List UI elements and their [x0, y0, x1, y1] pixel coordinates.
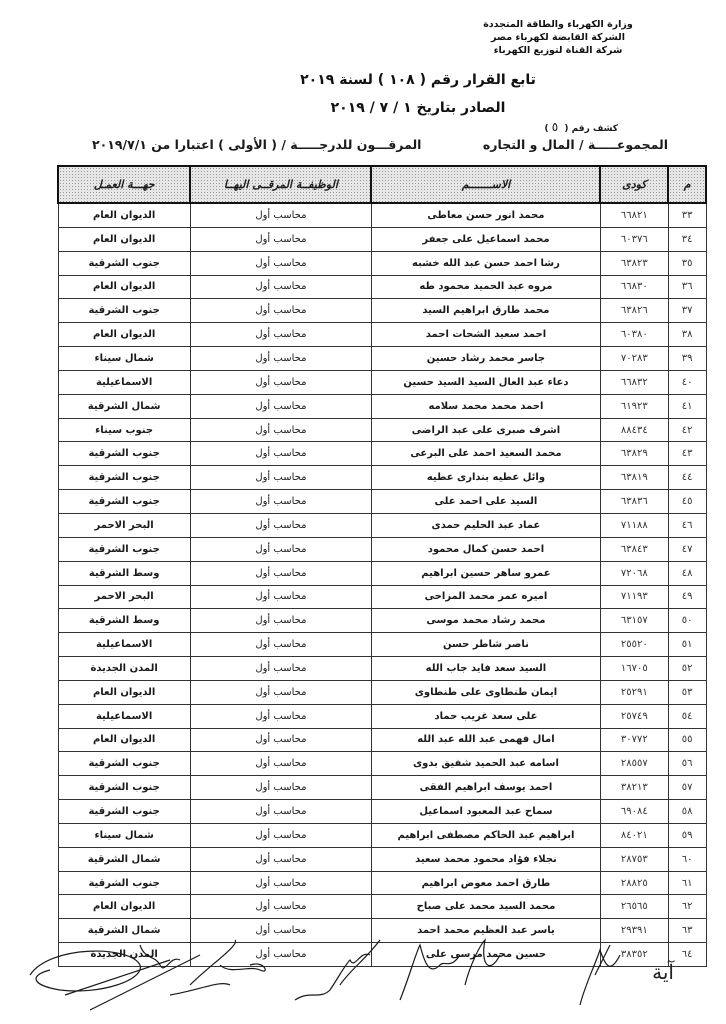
employee-code: ٨٤٠٢١ — [600, 823, 668, 847]
promoted-job: محاسب أول — [190, 275, 371, 299]
table-row: ٥٩٨٤٠٢١ابراهيم عبد الحاكم مصطفى ابراهيمم… — [58, 823, 706, 847]
employee-code: ٦٦٨٢١ — [600, 203, 668, 227]
table-row: ٣٧٦٣٨٢٦محمد طارق ابراهيم السيدمحاسب أولج… — [58, 299, 706, 323]
employee-name: احمد سعيد الشحات احمد — [371, 323, 600, 347]
promoted-job: محاسب أول — [190, 251, 371, 275]
table-row: ٦٠٢٨٧٥٣نجلاء فؤاد محمود محمد سعيدمحاسب أ… — [58, 847, 706, 871]
signature-2 — [170, 940, 265, 995]
work-department: الديوان العام — [58, 323, 190, 347]
table-row: ٥٦٢٨٥٥٧اسامه عبد الحميد شفيق بدوىمحاسب أ… — [58, 752, 706, 776]
promoted-job: محاسب أول — [190, 847, 371, 871]
promoted-job: محاسب أول — [190, 394, 371, 418]
employee-name: اشرف صبرى على عبد الراضى — [371, 418, 600, 442]
employee-name: احمد يوسف ابراهيم الفقى — [371, 776, 600, 800]
promoted-job: محاسب أول — [190, 418, 371, 442]
table-row: ٥٣٢٥٢٩١ايمان طنطاوى على طنطاوىمحاسب أولا… — [58, 680, 706, 704]
col-header-index: م — [668, 166, 706, 203]
employee-name: محمد السيد محمد على صباح — [371, 895, 600, 919]
work-department: جنوب الشرقية — [58, 800, 190, 824]
employee-code: ٦٣٨٢٩ — [600, 442, 668, 466]
work-department: الديوان العام — [58, 728, 190, 752]
organization-header: وزارة الكهرباء والطاقة المتجددة الشركة ا… — [448, 18, 668, 57]
employee-code: ٢٨٨٢٥ — [600, 871, 668, 895]
employee-code: ١٦٧٠٥ — [600, 657, 668, 681]
table-body: ٣٣٦٦٨٢١محمد انور حسن معاطىمحاسب أولالديو… — [58, 203, 706, 967]
employee-name: ابراهيم عبد الحاكم مصطفى ابراهيم — [371, 823, 600, 847]
table-row: ٤٤٦٣٨١٩وائل عطيه بندارى عطيهمحاسب أولجنو… — [58, 466, 706, 490]
work-department: الاسماعيلية — [58, 633, 190, 657]
work-department: جنوب الشرقية — [58, 871, 190, 895]
employee-name: ايمان طنطاوى على طنطاوى — [371, 680, 600, 704]
employee-code: ٦٣٨٣٦ — [600, 490, 668, 514]
promoted-job: محاسب أول — [190, 871, 371, 895]
sheet-number-value: ٥ — [552, 120, 558, 134]
promoted-job: محاسب أول — [190, 347, 371, 371]
table-row: ٣٣٦٦٨٢١محمد انور حسن معاطىمحاسب أولالديو… — [58, 203, 706, 227]
work-department: جنوب سيناء — [58, 418, 190, 442]
sheet-number: كشف رقم ( ٥ ) — [545, 120, 618, 134]
issued-date: الصادر بتاريخ ١ / ٧ / ٢٠١٩ — [0, 100, 726, 116]
employee-name: امال فهمى عبد الله عبد الله — [371, 728, 600, 752]
employee-name: عماد عبد الحليم حمدى — [371, 513, 600, 537]
employee-name: محمد السعيد احمد على البرعى — [371, 442, 600, 466]
org-line-ministry: وزارة الكهرباء والطاقة المتجددة — [448, 18, 668, 31]
employee-name: نجلاء فؤاد محمود محمد سعيد — [371, 847, 600, 871]
employee-code: ٣٠٧٧٢ — [600, 728, 668, 752]
table-row: ٥٤٢٥٧٤٩على سعد غريب حمادمحاسب أولالاسماع… — [58, 704, 706, 728]
employee-code: ٦٣٨٤٣ — [600, 537, 668, 561]
row-index: ٣٥ — [668, 251, 706, 275]
work-department: جنوب الشرقية — [58, 299, 190, 323]
employee-code: ٣٨٢١٣ — [600, 776, 668, 800]
promoted-job: محاسب أول — [190, 323, 371, 347]
employee-code: ٦٣١٥٧ — [600, 609, 668, 633]
promoted-job: محاسب أول — [190, 466, 371, 490]
row-index: ٣٩ — [668, 347, 706, 371]
table-row: ٤٨٧٢٠٦٨عمرو ساهر حسين ابراهيممحاسب أولوس… — [58, 561, 706, 585]
promoted-job: محاسب أول — [190, 895, 371, 919]
table-row: ٣٦٦٦٨٣٠مروه عبد الحميد محمود طهمحاسب أول… — [58, 275, 706, 299]
employee-code: ٨٨٤٣٤ — [600, 418, 668, 442]
promotion-label: المرقـــون للدرجـــــة / ( الأولى ) اعتب… — [92, 137, 421, 152]
row-index: ٥٩ — [668, 823, 706, 847]
row-index: ٤٥ — [668, 490, 706, 514]
work-department: البحر الاحمر — [58, 585, 190, 609]
work-department: شمال سيناء — [58, 823, 190, 847]
employee-code: ٧١١٩٣ — [600, 585, 668, 609]
row-index: ٥١ — [668, 633, 706, 657]
promoted-job: محاسب أول — [190, 585, 371, 609]
row-index: ٥٥ — [668, 728, 706, 752]
work-department: الاسماعيلية — [58, 704, 190, 728]
col-header-department: جهـــة العمـل — [58, 166, 190, 203]
employee-name: احمد حسن كمال محمود — [371, 537, 600, 561]
promoted-job: محاسب أول — [190, 728, 371, 752]
row-index: ٦٠ — [668, 847, 706, 871]
employee-name: طارق احمد معوض ابراهيم — [371, 871, 600, 895]
table-row: ٣٩٧٠٢٨٣جاسر محمد رشاد حسينمحاسب أولشمال … — [58, 347, 706, 371]
employee-name: اميره عمر محمد المزاحى — [371, 585, 600, 609]
org-line-holding: الشركة القابضة لكهرباء مصر — [448, 31, 668, 44]
employee-code: ٢٨٥٥٧ — [600, 752, 668, 776]
row-index: ٥٧ — [668, 776, 706, 800]
row-index: ٥٨ — [668, 800, 706, 824]
promoted-job: محاسب أول — [190, 537, 371, 561]
employee-code: ٧٠٢٨٣ — [600, 347, 668, 371]
table-row: ٤٣٦٣٨٢٩محمد السعيد احمد على البرعىمحاسب … — [58, 442, 706, 466]
table-row: ٤٠٦٦٨٣٢دعاء عبد العال السيد السيد حسينمح… — [58, 370, 706, 394]
employee-code: ٦١٩٢٣ — [600, 394, 668, 418]
work-department: الديوان العام — [58, 227, 190, 251]
work-department: جنوب الشرقية — [58, 752, 190, 776]
work-department: وسط الشرقية — [58, 609, 190, 633]
employee-code: ٦٠٣٨٠ — [600, 323, 668, 347]
table-row: ٦٢٢٦٥٦٥محمد السيد محمد على صباحمحاسب أول… — [58, 895, 706, 919]
promoted-job: محاسب أول — [190, 561, 371, 585]
employee-name: السيد على احمد على — [371, 490, 600, 514]
employee-name: محمد اسماعيل على جعفر — [371, 227, 600, 251]
employee-code: ٢٥٥٢٠ — [600, 633, 668, 657]
promoted-job: محاسب أول — [190, 776, 371, 800]
work-department: وسط الشرقية — [58, 561, 190, 585]
table-row: ٣٨٦٠٣٨٠احمد سعيد الشحات احمدمحاسب أولالد… — [58, 323, 706, 347]
col-header-name: الاســـــــم — [371, 166, 600, 203]
work-department: المدن الجديدة — [58, 657, 190, 681]
table-row: ٤٦٧١١٨٨عماد عبد الحليم حمدىمحاسب أولالبح… — [58, 513, 706, 537]
decision-title: تابع القرار رقم ( ١٠٨ ) لسنة ٢٠١٩ — [0, 72, 726, 88]
employee-code: ٢٥٢٩١ — [600, 680, 668, 704]
promoted-job: محاسب أول — [190, 513, 371, 537]
row-index: ٣٤ — [668, 227, 706, 251]
employee-name: ناصر شاطر حسن — [371, 633, 600, 657]
row-index: ٥٦ — [668, 752, 706, 776]
row-index: ٥٣ — [668, 680, 706, 704]
work-department: البحر الاحمر — [58, 513, 190, 537]
signature-5 — [580, 945, 620, 1005]
table-row: ٤٧٦٣٨٤٣احمد حسن كمال محمودمحاسب أولجنوب … — [58, 537, 706, 561]
employee-code: ٦٦٨٣٢ — [600, 370, 668, 394]
employee-code: ٦٦٨٣٠ — [600, 275, 668, 299]
employee-code: ٢٦٥٦٥ — [600, 895, 668, 919]
signature-1 — [30, 945, 200, 1010]
work-department: جنوب الشرقية — [58, 442, 190, 466]
sheet-label: كشف رقم ( — [564, 124, 618, 134]
work-department: شمال الشرقية — [58, 394, 190, 418]
promoted-job: محاسب أول — [190, 800, 371, 824]
table-row: ٤٥٦٣٨٣٦السيد على احمد علىمحاسب أولجنوب ا… — [58, 490, 706, 514]
work-department: شمال سيناء — [58, 347, 190, 371]
employee-name: احمد محمد محمد سلامه — [371, 394, 600, 418]
table-row: ٣٥٦٣٨٢٣رشا احمد حسن عبد الله خشبهمحاسب أ… — [58, 251, 706, 275]
table-row: ٣٤٦٠٣٧٦محمد اسماعيل على جعفرمحاسب أولالد… — [58, 227, 706, 251]
row-index: ٦٢ — [668, 895, 706, 919]
table-row: ٥١٢٥٥٢٠ناصر شاطر حسنمحاسب أولالاسماعيلية — [58, 633, 706, 657]
row-index: ٦١ — [668, 871, 706, 895]
signature-3 — [295, 940, 380, 1000]
row-index: ٤٠ — [668, 370, 706, 394]
row-index: ٤٨ — [668, 561, 706, 585]
promoted-job: محاسب أول — [190, 227, 371, 251]
promoted-job: محاسب أول — [190, 609, 371, 633]
table-row: ٥٧٣٨٢١٣احمد يوسف ابراهيم الفقىمحاسب أولج… — [58, 776, 706, 800]
work-department: جنوب الشرقية — [58, 251, 190, 275]
employee-code: ٦٣٨١٩ — [600, 466, 668, 490]
signature-text: آية — [652, 960, 674, 984]
work-department: جنوب الشرقية — [58, 537, 190, 561]
org-line-company: شركة القناة لتوزيع الكهرباء — [448, 44, 668, 57]
promoted-job: محاسب أول — [190, 657, 371, 681]
row-index: ٣٧ — [668, 299, 706, 323]
table-row: ٦١٢٨٨٢٥طارق احمد معوض ابراهيممحاسب أولجن… — [58, 871, 706, 895]
employee-code: ٦٣٨٢٣ — [600, 251, 668, 275]
promoted-job: محاسب أول — [190, 680, 371, 704]
promoted-job: محاسب أول — [190, 633, 371, 657]
employee-code: ٦٩٠٨٤ — [600, 800, 668, 824]
promoted-job: محاسب أول — [190, 490, 371, 514]
row-index: ٥٤ — [668, 704, 706, 728]
promoted-job: محاسب أول — [190, 752, 371, 776]
employee-name: اسامه عبد الحميد شفيق بدوى — [371, 752, 600, 776]
work-department: الديوان العام — [58, 895, 190, 919]
signature-4 — [400, 940, 500, 1000]
employee-code: ٧١١٨٨ — [600, 513, 668, 537]
work-department: الديوان العام — [58, 680, 190, 704]
row-index: ٤٤ — [668, 466, 706, 490]
employee-code: ٦٠٣٧٦ — [600, 227, 668, 251]
employee-name: مروه عبد الحميد محمود طه — [371, 275, 600, 299]
row-index: ٤٣ — [668, 442, 706, 466]
employee-name: رشا احمد حسن عبد الله خشبه — [371, 251, 600, 275]
work-department: الديوان العام — [58, 275, 190, 299]
employee-code: ٧٢٠٦٨ — [600, 561, 668, 585]
employee-name: دعاء عبد العال السيد السيد حسين — [371, 370, 600, 394]
col-header-job: الوظيفــة المرقــى اليهــا — [190, 166, 371, 203]
employee-code: ٦٣٨٢٦ — [600, 299, 668, 323]
row-index: ٥٢ — [668, 657, 706, 681]
table-row: ٥٠٦٣١٥٧محمد رشاد محمد موسىمحاسب أولوسط ا… — [58, 609, 706, 633]
row-index: ٥٠ — [668, 609, 706, 633]
employee-name: على سعد غريب حماد — [371, 704, 600, 728]
row-index: ٤١ — [668, 394, 706, 418]
row-index: ٤٦ — [668, 513, 706, 537]
promoted-job: محاسب أول — [190, 442, 371, 466]
row-index: ٤٧ — [668, 537, 706, 561]
row-index: ٣٨ — [668, 323, 706, 347]
employee-code: ٢٨٧٥٣ — [600, 847, 668, 871]
promoted-job: محاسب أول — [190, 299, 371, 323]
table-row: ٤١٦١٩٢٣احمد محمد محمد سلامهمحاسب أولشمال… — [58, 394, 706, 418]
employee-name: السيد سعد فايد جاب الله — [371, 657, 600, 681]
table-row: ٥٢١٦٧٠٥السيد سعد فايد جاب اللهمحاسب أولا… — [58, 657, 706, 681]
table-row: ٥٨٦٩٠٨٤سماح عبد المعبود اسماعيلمحاسب أول… — [58, 800, 706, 824]
employee-name: محمد رشاد محمد موسى — [371, 609, 600, 633]
row-index: ٤٩ — [668, 585, 706, 609]
col-header-code: كودى — [600, 166, 668, 203]
employee-name: عمرو ساهر حسين ابراهيم — [371, 561, 600, 585]
employee-name: محمد انور حسن معاطى — [371, 203, 600, 227]
signatures — [20, 935, 710, 1015]
row-index: ٤٢ — [668, 418, 706, 442]
table-row: ٤٢٨٨٤٣٤اشرف صبرى على عبد الراضىمحاسب أول… — [58, 418, 706, 442]
promotion-table: م كودى الاســـــــم الوظيفــة المرقــى ا… — [57, 165, 707, 967]
employee-name: محمد طارق ابراهيم السيد — [371, 299, 600, 323]
table-row: ٤٩٧١١٩٣اميره عمر محمد المزاحىمحاسب أولال… — [58, 585, 706, 609]
work-department: شمال الشرقية — [58, 847, 190, 871]
employee-name: وائل عطيه بندارى عطيه — [371, 466, 600, 490]
employee-name: جاسر محمد رشاد حسين — [371, 347, 600, 371]
employee-code: ٢٥٧٤٩ — [600, 704, 668, 728]
table-header-row: م كودى الاســـــــم الوظيفــة المرقــى ا… — [58, 166, 706, 203]
work-department: جنوب الشرقية — [58, 776, 190, 800]
group-label: المجموعـــــة / المال و التجاره — [483, 137, 668, 152]
row-index: ٣٣ — [668, 203, 706, 227]
promoted-job: محاسب أول — [190, 203, 371, 227]
work-department: الاسماعيلية — [58, 370, 190, 394]
work-department: الديوان العام — [58, 203, 190, 227]
row-index: ٣٦ — [668, 275, 706, 299]
table-row: ٥٥٣٠٧٧٢امال فهمى عبد الله عبد اللهمحاسب … — [58, 728, 706, 752]
promoted-job: محاسب أول — [190, 704, 371, 728]
employee-name: سماح عبد المعبود اسماعيل — [371, 800, 600, 824]
promoted-job: محاسب أول — [190, 370, 371, 394]
work-department: جنوب الشرقية — [58, 466, 190, 490]
promoted-job: محاسب أول — [190, 823, 371, 847]
sheet-close: ) — [545, 124, 549, 134]
work-department: جنوب الشرقية — [58, 490, 190, 514]
